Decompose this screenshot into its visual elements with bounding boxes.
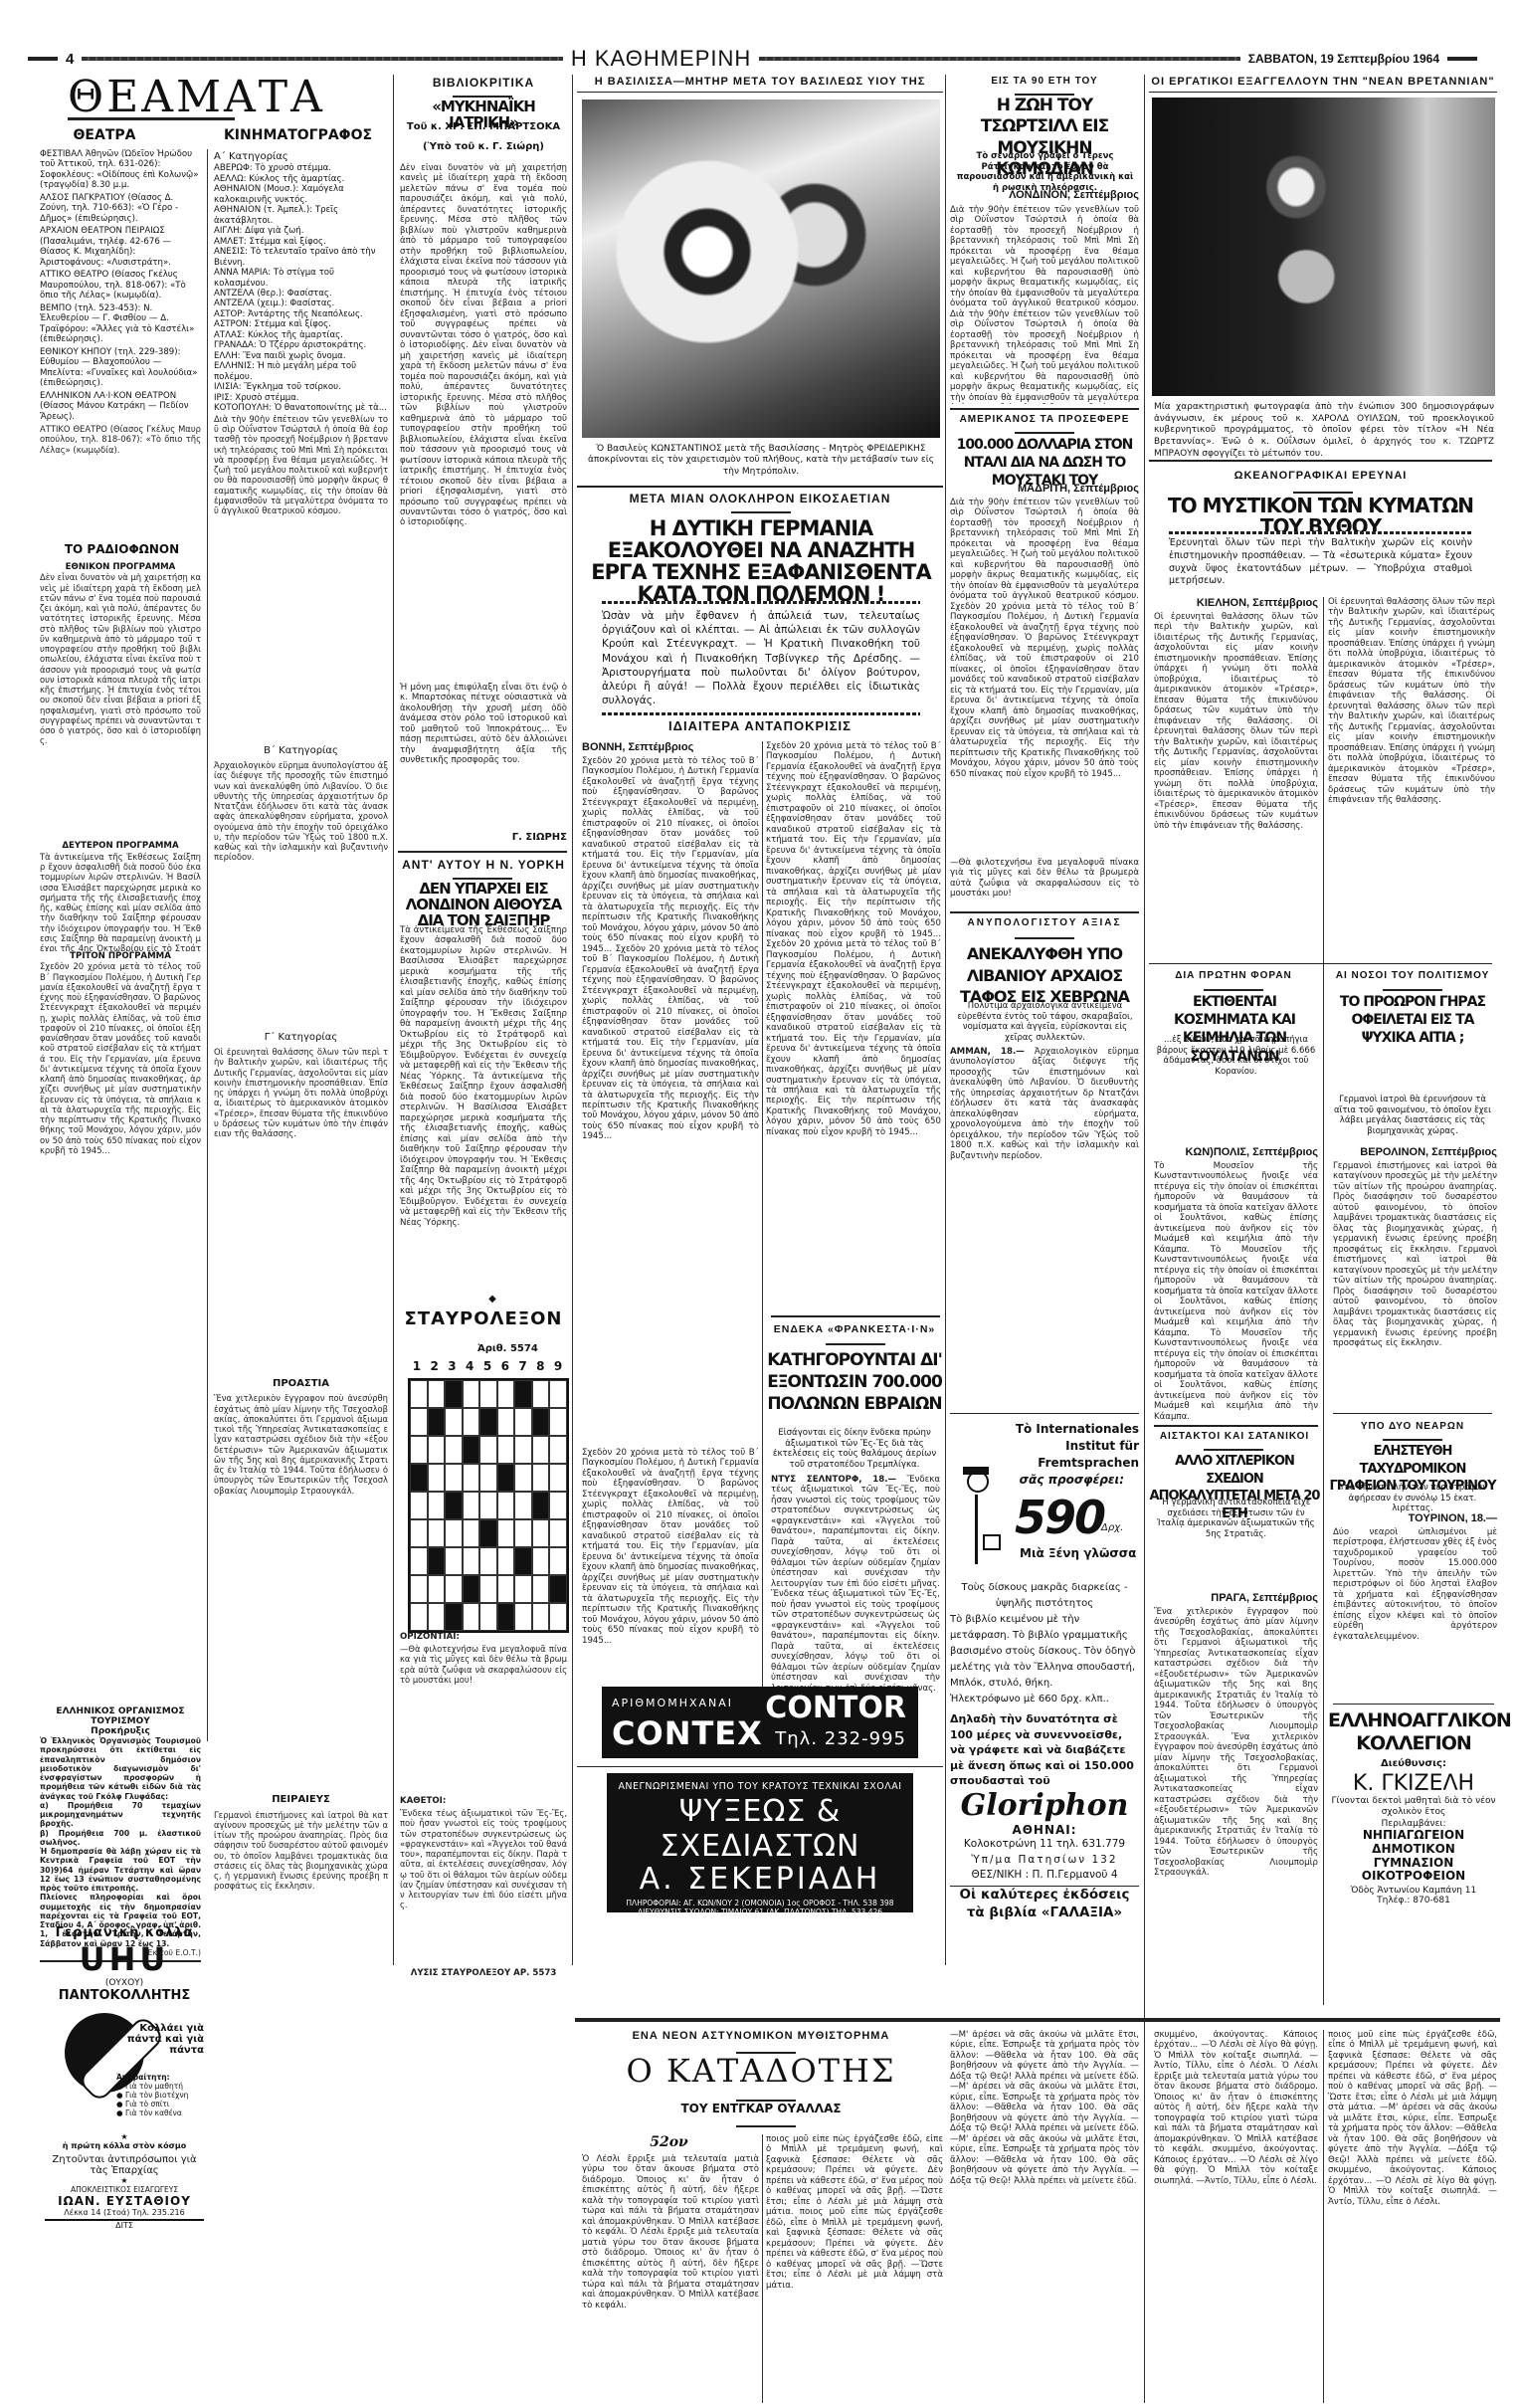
article-body-col2: Οἱ ἐρευνηταὶ θαλάσσης ὅλων τῶν περὶ τὴν … <box>1328 597 1495 935</box>
uhu-tagline: ΠΑΝΤΟΚΟΛΛΗΤΗΣ <box>45 1988 204 2003</box>
article-headline: ΑΝΕΚΑΛΥΦΘΗ ΥΠΟ ΛΙΒΑΝΙΟΥ ΑΡΧΑΙΟΣ ΤΑΦΟΣ ΕΙ… <box>947 943 1142 1008</box>
serial-text: ποιος μοῦ εἶπε πὼς ἐργάζεσθε ἐδῶ, εἶπε ὁ… <box>766 2207 943 2290</box>
serial-kicker: ΕΝΑ ΝΕΟΝ ΑΣΤΥΝΟΜΙΚΟΝ ΜΥΘΙΣΤΟΡΗΜΑ <box>577 2030 945 2042</box>
school-address: ΔΙΕΥΘΥΝΣΙΣ ΣΧΟΛΩΝ: ΤΙΜΑΙΟΥ 61 (ΑΚ. ΠΛΑΤΩ… <box>607 1907 913 1916</box>
divider <box>950 1413 1139 1414</box>
column-divider <box>1323 597 1324 975</box>
dateline: ΠΡΑΓΑ, Σεπτέμβριος <box>1154 1592 1318 1604</box>
column-divider <box>393 75 394 1965</box>
dateline: ΝΤΥΣ ΣΕΛΝΤΟΡΦ, 18.— <box>771 1475 896 1485</box>
article-body: Διὰ τὴν 90ὴν ἐπέτειον τῶν γενεθλίων τοῦ … <box>950 498 1139 856</box>
hebron-body-text: Ἀρχαιολογικὸν εὕρημα ἀνυπολογίστου ἀξίας… <box>950 1047 1139 1161</box>
article-body-col2: Σχεδὸν 20 χρόνια μετὰ τὸ τέλος τοῦ Β΄ Πα… <box>766 741 941 1279</box>
crossword-column-numbers: 123456789 <box>408 1359 567 1373</box>
radio-heading: ΤΟ ΡΑΔΙΟΦΩΝΟΝ <box>40 542 204 556</box>
level: ΔΗΜΟΤΙΚΟΝ <box>1328 1843 1499 1857</box>
churchill-body-text: Διὰ τὴν 90ὴν ἐπέτειον τῶν γενεθλίων τοῦ … <box>950 205 1139 308</box>
eot-item: β) Προμήθεια 700 μ. ἐλαστικοῦ σωλῆνος. <box>40 1829 201 1848</box>
divider <box>1204 1449 1263 1451</box>
article-kicker: ΑΙΣΤΑΚΤΟΙ ΚΑΙ ΣΑΤΑΝΙΚΟΙ <box>1149 1431 1320 1442</box>
theatre-entry: ΑΡΧΑΙΟΝ ΘΕΑΤΡΟΝ ΠΕΙΡΑΙΩΣ (Πασαλιμάνι, τη… <box>40 226 201 268</box>
frankenstein-body-text: Ἕνδεκα τέως ἀξιωματικοὶ τῶν Ἔς-Ἔς, ποὺ ἦ… <box>771 1475 940 1589</box>
article-deck: Ἡ γερμανικὴ ἀντικατασκοπεία εἶχε σχεδιάσ… <box>1154 1498 1318 1540</box>
divider <box>731 511 791 513</box>
sultans-body-text: Τὸ Μουσεῖον τῆς Κωνσταντινουπόλεως ἤνοιξ… <box>1154 1245 1318 1338</box>
art-body-text: Σχεδὸν 20 χρόνια μετὰ τὸ τέλος τοῦ Β΄ Πα… <box>582 944 759 1142</box>
churchill-body-text: Διὰ τὴν 90ὴν ἐπέτειον τῶν γενεθλίων τοῦ … <box>950 309 1139 404</box>
dateline: ΛΟΝΔΙΝΟΝ, Σεπτέμβριος <box>950 189 1139 201</box>
theatre-entry: ΑΤΤΙΚΟ ΘΕΑΤΡΟ (Θίασος Γκέλυς Μαυροπούλου… <box>40 270 201 301</box>
cinema-entry: ΕΛΛΗΝΙΣ: Ἡ πιὸ μεγάλη μέρα τοῦ πολέμου. <box>214 361 388 382</box>
article-deck: Ὑπὸ τὴν ἀπειλὴν τῶν περιστρόφων ἀφήρεσαν… <box>1333 1483 1492 1514</box>
art-body-text: Σχεδὸν 20 χρόνια μετὰ τὸ τέλος τοῦ Β΄ Πα… <box>766 741 941 939</box>
ocean-body-text: Οἱ ἐρευνηταὶ θαλάσσης ὅλων τῶν περὶ τὴν … <box>1328 691 1495 805</box>
technical-school-advertisement: ΑΝΕΓΝΩΡΙΣΜΕΝΑΙ ΥΠΟ ΤΟΥ ΚΡΑΤΟΥΣ ΤΕΧΝΙΚΑΙ … <box>607 1773 913 1912</box>
ornament-icon: ◆ <box>482 1294 502 1304</box>
uhu-required-label: Ἀπαραίτητη: <box>116 2073 204 2082</box>
aging-body-text: Γερμανοὶ ἐπιστήμονες καὶ ἰατροὶ θὰ καταγ… <box>1333 1161 1497 1255</box>
column-number: 3 <box>444 1359 462 1373</box>
column-divider <box>572 75 573 1965</box>
director-label: Διεύθυνσις: <box>1328 1758 1499 1769</box>
divider <box>1169 531 1472 534</box>
dateline: ΒΟΝΝΗ, Σεπτέμβριος <box>582 741 756 753</box>
divider <box>950 408 1139 410</box>
reviewer: (Ὑπὸ τοῦ κ. Γ. Σιώρη) <box>396 141 571 152</box>
issue-date: ΣΑΒΒΑΤΟΝ, 19 Σεπτεμβρίου 1964 <box>1248 52 1439 66</box>
uhu-importer-label: ΑΠΟΚΛΕΙΣΤΙΚΟΣ ΕΙΣΑΓΩΓΕΥΣ <box>45 2185 204 2194</box>
column-divider <box>1323 2030 1324 2403</box>
feature: Τὸ βιβλίο κειμένου μὲ τὴν μετάφραση. Τὸ … <box>950 1612 1139 1692</box>
article-kicker: ΔΙΑ ΠΡΩΤΗΝ ΦΟΡΑΝ <box>1149 970 1318 981</box>
ocean-body-text: Οἱ ἐρευνηταὶ θαλάσσης ὅλων τῶν περὶ τὴν … <box>1154 612 1318 726</box>
uhu-address: Λέκκα 14 (Στοά) Τηλ. 235.216 <box>45 2208 204 2217</box>
masthead-rule <box>759 57 1239 61</box>
divider <box>1154 1425 1318 1427</box>
uhu-uses: Ἀπαραίτητη: ● Γιὰ τὸν μαθητή ● Γιὰ τὸν β… <box>116 2073 204 2117</box>
crossword-down-clues: Ἕνδεκα τέως ἀξιωματικοὶ τῶν Ἔς-Ἔς, ποὺ ἦ… <box>400 1808 567 1962</box>
section-label: ΙΔΙΑΙΤΕΡΑ ΑΝΤΑΠΟΚΡΙΣΙΣ <box>577 718 943 733</box>
article-kicker: ΑΜΕΡΙΚΑΝΟΣ ΤΑ ΠΡΟΣΕΦΕΡΕ <box>947 414 1142 425</box>
serial-col4: σκυμμένο, ἀκούγοντας. Κάποιος ἐρχόταν...… <box>1154 2030 1318 2403</box>
admission-text: Γίνονται δεκτοὶ μαθηταὶ διὰ τὸ νέον σχολ… <box>1328 1796 1499 1819</box>
page-number: 4 <box>66 51 74 68</box>
college-phone: Τηλέφ.: 870-681 <box>1328 1896 1499 1906</box>
cinema-heading: ΚΙΝΗΜΑΤΟΓΡΑΦΟΣ <box>206 127 390 143</box>
uhu-bullet: ● Γιὰ τὸν βιοτέχνη <box>116 2091 204 2100</box>
art-body-text: Σχεδὸν 20 χρόνια μετὰ τὸ τέλος τοῦ Β΄ Πα… <box>766 939 941 1137</box>
school-name: Α. ΣΕΚΕΡΙΑΔΗ <box>607 1862 913 1897</box>
serial-col1: Ὁ Λέσλι ἔρριξε μιὰ τελευταία ματιὰ γύρω … <box>582 2154 759 2403</box>
dateline: ΤΟΥΡΙΝΟΝ, 18.— <box>1333 1512 1497 1524</box>
newspaper-title: Η ΚΑΘΗΜΕΡΙΝΗ <box>571 46 751 72</box>
gloriphon-logo: Gloriphon <box>950 1788 1139 1823</box>
article-body: Διὰ τὴν 90ὴν ἐπέτειον τῶν γενεθλίων τοῦ … <box>950 205 1139 404</box>
art-body-text: Σχεδὸν 20 χρόνια μετὰ τὸ τέλος τοῦ Β΄ Πα… <box>582 756 759 954</box>
cinema-entry: ΑΤΛΑΣ: Κύκλος τῆς ἁμαρτίας. <box>214 330 388 340</box>
divider <box>1149 963 1492 964</box>
photo-caption: Μία χαρακτηριστικὴ φωτογραφία ἀπὸ τὴν ἐν… <box>1154 402 1494 460</box>
dali-body-text: Σχεδὸν 20 χρόνια μετὰ τὸ τέλος τοῦ Β΄ Πα… <box>950 602 1139 779</box>
divider <box>1383 989 1442 991</box>
crossword-across-clues: —Θὰ φιλοτεχνήσω ἕνα μεγαλοφυᾶ πίνακα γιὰ… <box>400 1644 567 1793</box>
eot-heading: ΕΛΛΗΝΙΚΟΣ ΟΡΓΑΝΙΣΜΟΣ ΤΟΥΡΙΣΜΟΥ <box>40 1706 201 1726</box>
article-deck: Γερμανοὶ ἰατροὶ θὰ ἐρευνήσουν τὰ αἴτια τ… <box>1333 1095 1492 1137</box>
cinema-listings: Α΄ Κατηγορίας ΑΒΕΡΩΦ: Τὸ χρυσὸ στέμμα. Α… <box>214 151 388 2029</box>
article-headline: ΤΟ ΠΡΟΩΡΟΝ ΓΗΡΑΣ ΟΦΕΙΛΕΤΑΙ ΕΙΣ ΤΑ ΨΥΧΙΚΑ… <box>1328 993 1497 1048</box>
divider <box>1149 460 1492 462</box>
dateline: ΚΙΕΛΗΟΝ, Σεπτέμβριος <box>1154 597 1318 609</box>
contex-advertisement: ΑΡΙΘΜΟΜΗΧΑΝΑΙ CONTEX CONTOR Τηλ. 232-995 <box>602 1687 918 1758</box>
cinema-entry: ΑΣΤΟΡ: Ἀντάρτης τῆς Νεαπόλεως. <box>214 309 388 319</box>
language-institute-advertisement: Τὸ Internationales Institut für Fremtspr… <box>950 1421 1139 1921</box>
contex-phone: Τηλ. 232-995 <box>775 1728 906 1749</box>
divider <box>1204 989 1263 991</box>
address: ΘΕΣ/ΝΙΚΗ : Π. Π.Γερμανοῦ 4 <box>950 1868 1139 1883</box>
college-advertisement: ΕΛΛΗΝΟΑΓΓΛΙΚΟΝ ΚΟΛΛΕΓΙΟΝ Διεύθυνσις: Κ. … <box>1328 1709 1499 1906</box>
cinema-entry: ΙΛΙΣΙΑ: Ἔγκλημα τοῦ τσίρκου. <box>214 382 388 392</box>
hitler-body-text: Ἕνα χιτλερικὸν ἔγγραφον ποὺ ἀνεσύρθη ἐσχ… <box>1154 1607 1318 1742</box>
level: ΝΗΠΙΑΓΩΓΕΙΟΝ <box>1328 1829 1499 1843</box>
divider <box>826 1343 885 1345</box>
one-foreign-language: Μιὰ Ξένη γλῶσσα <box>1020 1546 1136 1560</box>
article-deck: Τὸ σενάριον γράφει ὁ Τέρενς Ράττιγκαν κα… <box>953 151 1137 194</box>
cinema-entry: ΚΟΤΟΠΟΥΛΗ: Ὁ θανατοποινίτης μὲ τὰ... <box>214 403 388 413</box>
divider <box>1015 937 1074 939</box>
article-kicker: ΜΕΤΑ ΜΙΑΝ ΟΛΟΚΛΗΡΟΝ ΕΙΚΟΣΑΕΤΙΑΝ <box>577 492 943 505</box>
column-divider <box>1323 970 1324 2005</box>
cinema-entry: ΑΝΤΖΕΛΑ (χειμ.): Φασίστας. <box>214 299 388 308</box>
serial-title: Ο ΚΑΤΑΔΟΤΗΣ <box>577 2052 945 2090</box>
crossword-grid[interactable] <box>408 1378 569 1633</box>
column-number: 2 <box>426 1359 444 1373</box>
article-kicker: ΩΚΕΑΝΟΓΡΑΦΙΚΑΙ ΕΡΕΥΝΑΙ <box>1149 470 1492 482</box>
eot-subheading: Προκήρυξις <box>40 1726 201 1736</box>
article-kicker: ΑΙ ΝΟΣΟΙ ΤΟΥ ΠΟΛΙΤΙΣΜΟΥ <box>1328 970 1497 981</box>
uhu-brand: UHU <box>45 1940 204 1978</box>
uhu-importer: ΙΩΑΝ. ΕΥΣΤΑΘΙΟΥ <box>45 2194 204 2208</box>
column-divider <box>207 149 208 1741</box>
price: 590 <box>1015 1491 1104 1544</box>
college-title: ΕΛΛΗΝΟΑΓΓΛΙΚΟΝ ΚΟΛΛΕΓΙΟΝ <box>1328 1709 1499 1755</box>
serial-col2: ποιος μοῦ εἶπε πὼς ἐργάζεσθε ἐδῶ, εἶπε ὁ… <box>766 2134 943 2403</box>
labour-press-conference-photo <box>1152 98 1495 396</box>
theatres-heading: ΘΕΑΤΡΑ <box>45 127 164 143</box>
uhu-reps: Ζητοῦνται ἀντιπρόσωποι γιὰ τὰς Ἐπαρχίας <box>45 2154 204 2176</box>
uhu-bullet: ● Γιὰ τὸν καθένα <box>116 2108 204 2117</box>
frankenstein-body-text: Ἕνδεκα τέως ἀξιωματικοὶ τῶν Ἔς-Ἔς, ποὺ ἦ… <box>771 1589 940 1693</box>
theatre-entry: ΕΛΛΗΝΙΚΟΝ ΛΑ·Ι·ΚΟΝ ΘΕΑΤΡΟΝ (Θίασος Μάνου… <box>40 391 201 422</box>
article-body-col1: Οἱ ἐρευνηταὶ θαλάσσης ὅλων τῶν περὶ τὴν … <box>1154 612 1318 940</box>
column-divider <box>1144 75 1145 2403</box>
cinema-entry: ΑΝΝΑ ΜΑΡΙΑ: Τὸ στίγμα τοῦ κολασμένου. <box>214 268 388 289</box>
dateline: ΜΑΔΡΙΤΗ, Σεπτέμβριος <box>950 483 1139 495</box>
serial-text: ποιος μοῦ εἶπε πὼς ἐργάζεσθε ἐδῶ, εἶπε ὁ… <box>766 2134 943 2217</box>
article-deck: Εἰσάγονται εἰς δίκην ἕνδεκα πρώην ἀξιωμα… <box>771 1428 938 1471</box>
column-number: 1 <box>408 1359 426 1373</box>
address: Ὑπ/μα Πατησίων 132 <box>950 1853 1139 1868</box>
article-kicker: ΕΙΣ ΤΑ 90 ΕΤΗ ΤΟΥ <box>947 76 1142 87</box>
uhu-pronunciation: (ΟΥΧΟΥ) <box>45 1978 204 1988</box>
serial-text: Ὁ Λέσλι ἔρριξε μιὰ τελευταία ματιὰ γύρω … <box>582 2154 759 2237</box>
galaxia-advertisement: Οἱ καλύτερες ἐκδόσεις τὰ βιβλία «ΓΑΛΑΞΙΑ… <box>950 1886 1139 1921</box>
contex-label: ΑΡΙΘΜΟΜΗΧΑΝΑΙ <box>612 1697 733 1709</box>
uhu-bullet: ● Γιὰ τὸν μαθητή <box>116 2082 204 2091</box>
photo-kicker: Η ΒΑΣΙΛΙΣΣΑ—ΜΗΤΗΡ ΜΕΤΑ ΤΟΥ ΒΑΣΙΛΕΩΣ ΥΙΟΥ… <box>577 76 943 93</box>
serial-col3: —Μ' ἀρέσει νὰ σᾶς ἀκούω νὰ μιλᾶτε ἔτσι, … <box>950 2030 1139 2403</box>
masthead: 4 Η ΚΑΘΗΜΕΡΙΝΗ ΣΑΒΒΑΤΟΝ, 19 Σεπτεμβρίου … <box>28 52 1477 66</box>
level: ΟΙΚΟΤΡΟΦΕΙΟΝ <box>1328 1870 1499 1884</box>
article-body: Δύο νεαροὶ ὡπλισμένοι μὲ περίστροφα, ἐλή… <box>1333 1527 1497 1706</box>
divider <box>398 851 567 853</box>
cinema-piraeus: ΠΕΙΡΑΙΕΥΣ <box>214 1794 388 1806</box>
article-headline: ΔΕΝ ΥΠΑΡΧΕΙ ΕΙΣ ΛΟΝΔΙΝΟΝ ΑΙΘΟΥΣΑ ΔΙΑ ΤΟΝ… <box>396 882 571 928</box>
feature: Ἡλεκτρόφωνο μὲ 660 δρχ. κλπ.. <box>950 1692 1139 1707</box>
level: ΓΥΜΝΑΣΙΟΝ <box>1328 1857 1499 1871</box>
serial-author: ΤΟΥ ΕΝΤΓΚΑΡ ΟΥΑΛΛΑΣ <box>577 2102 945 2115</box>
theatre-entry: ΑΛΣΟΣ ΠΑΓΚΡΑΤΙΟΥ (Θίασος Δ. Ζούνη, τηλ. … <box>40 193 201 224</box>
contor-brand: CONTOR <box>765 1691 906 1725</box>
article-kicker: ΥΠΟ ΔΥΟ ΝΕΑΡΩΝ <box>1328 1421 1497 1432</box>
sultans-body-text: Τὸ Μουσεῖον τῆς Κωνσταντινουπόλεως ἤνοιξ… <box>1154 1161 1318 1255</box>
article-body: Τὰ ἀντικείμενα τῆς Ἐκθέσεως Σαίξπηρ ἔχου… <box>400 925 567 1294</box>
dateline: ΚΩΝ)ΠΟΛΙΣ, Σεπτέμβριος <box>1154 1146 1318 1158</box>
article-headline: ΚΑΤΗΓΟΡΟΥΝΤΑΙ ΔΙ' ΕΞΟΝΤΩΣΙΝ 700.000 ΠΟΛΩ… <box>766 1349 943 1415</box>
uhu-line1: Γερμανικὴ κόλλα <box>45 1925 204 1940</box>
royal-photo <box>582 100 940 438</box>
crossword-number: Ἀριθ. 5574 <box>477 1343 567 1354</box>
cinema-category-c: Γ΄ Κατηγορίας <box>214 1032 388 1044</box>
photo-caption: Ὁ Βασιλεὺς ΚΩΝΣΤΑΝΤΙΝΟΣ μετὰ τῆς Βασιλίσ… <box>587 444 935 478</box>
ocean-body-text: Οἱ ἐρευνηταὶ θαλάσσης ὅλων τῶν περὶ τὴν … <box>1154 716 1318 831</box>
theatre-listings-continued: ΑΤΤΙΚΟ ΘΕΑΤΡΟ (Θίασος Γκέλυς Μαυροπούλου… <box>40 424 201 537</box>
radio-schedule-2: Τὰ ἀντικείμενα τῆς Ἐκθέσεως Σαίξπηρ ἔχου… <box>40 852 201 951</box>
cinema-entry: ΑΜΛΕΤ: Στέμμα καὶ ξίφος. <box>214 237 388 247</box>
divider <box>950 911 1139 913</box>
ocean-body-text: Οἱ ἐρευνηταὶ θαλάσσης ὅλων τῶν περὶ τὴν … <box>1328 597 1495 701</box>
divider <box>577 1766 943 1767</box>
currency: Δρχ. <box>1101 1522 1123 1533</box>
divider <box>602 601 920 604</box>
column-number: 7 <box>514 1359 532 1373</box>
shakespeare-body-text: Τὰ ἀντικείμενα τῆς Ἐκθέσεως Σαίξπηρ ἔχου… <box>400 925 567 1082</box>
star-icon: ★ <box>45 2132 204 2141</box>
theatre-entry: ΦΕΣΤΙΒΑΛ Ἀθηνῶν (Ὠδεῖον Ἡρώδου τοῦ Ἀττικ… <box>40 149 201 191</box>
cinema-entry: ΑΝΕΣΙΣ: Τὸ τελευταῖο τραῖνο ἀπὸ τὴν Βιέν… <box>214 247 388 268</box>
cinema-suburbs: ΠΡΟΑΣΤΙΑ <box>214 1378 388 1390</box>
institute-name: Τὸ Internationales Institut für Fremtspr… <box>950 1421 1139 1471</box>
article-headline: Η ΔΥΤΙΚΗ ΓΕΡΜΑΝΙΑ ΕΞΑΚΟΛΟΥΘΕΙ ΝΑ ΑΝΑΖΗΤΗ… <box>579 517 943 605</box>
column-number: 9 <box>549 1359 567 1373</box>
serial-text: Ὁ Λέσλι ἔρριξε μιὰ τελευταία ματιὰ γύρω … <box>1154 2061 1318 2154</box>
column-divider <box>762 2134 763 2403</box>
divider <box>736 2125 796 2127</box>
crossword-across-label: ΟΡΙΖΟΝΤΙΑΙ: <box>400 1632 567 1642</box>
eot-item: α) Προμήθεια 70 τεμαχίων μικρομηχανημάτω… <box>40 1801 201 1829</box>
cinema-entry: ΑΘΗΝΑΙΟΝ (τ. Ἀμπελ.): Τρεῖς ἀκατάβλητοι. <box>214 205 388 226</box>
cinema-entry: ΑΣΤΡΟΝ: Στέμμα καὶ ξίφος. <box>214 319 388 329</box>
shakespeare-body-text: Τὰ ἀντικείμενα τῆς Ἐκθέσεως Σαίξπηρ ἔχου… <box>400 1072 567 1228</box>
article-kicker: ΒΙΒΛΙΟΚΡΙΤΙΚΑ <box>396 76 571 90</box>
offer-label: σᾶς προσφέρει: <box>1020 1473 1124 1487</box>
star-icon: ★ <box>45 2176 204 2185</box>
article-deck: Ἐρευνηταὶ ὅλων τῶν περὶ τὴν Βαλτικὴν χωρ… <box>1169 537 1472 588</box>
radio-listings: ΕΘΝΙΚΟΝ ΠΡΟΓΡΑΜΜΑ Δὲν εἶναι δυνατὸν νὰ μ… <box>40 562 201 1598</box>
address: Κολοκοτρώνη 11 τηλ. 631.779 <box>950 1837 1139 1852</box>
article-body: Γερμανοὶ ἐπιστήμονες καὶ ἰατροὶ θὰ καταγ… <box>1333 1161 1497 1410</box>
cinema-entry: ΓΡΑΝΑΔΑ: Ὁ Τζέρρυ ἀριστοκράτης. <box>214 340 388 350</box>
cinema-entry: ΑΘΗΝΑΙΟΝ (Μουσ.): Χαμόγελα καλοκαιρινῆς … <box>214 184 388 205</box>
masthead-rule-right <box>1447 57 1477 61</box>
sultans-body-text: Τὸ Μουσεῖον τῆς Κωνσταντινουπόλεως ἤνοιξ… <box>1154 1328 1318 1422</box>
cinema-piraeus-listings: Γερμανοὶ ἐπιστήμονες καὶ ἰατροὶ θὰ καταγ… <box>214 1810 388 2029</box>
glue-tube-illustration: Κολλάει γιὰ πάντα καὶ γιὰ πάντα Ἀπαραίτη… <box>45 2003 204 2132</box>
masthead-rule-left <box>28 57 58 61</box>
aging-body-text: Γερμανοὶ ἐπιστήμονες καὶ ἰατροὶ θὰ καταγ… <box>1333 1245 1497 1348</box>
crossword-title: ΣΤΑΥΡΟΛΕΞΟΝ <box>396 1308 571 1329</box>
serial-text: —Μ' ἀρέσει νὰ σᾶς ἀκούω νὰ μιλᾶτε ἔτσι, … <box>950 2082 1139 2133</box>
cinema-category-b: Β΄ Κατηγορίας <box>214 745 388 757</box>
feature: Τοὺς δίσκους μακρᾶς διαρκείας - ὑψηλῆς π… <box>950 1580 1139 1612</box>
dali-body-text: Διὰ τὴν 90ὴν ἐπέτειον τῶν γενεθλίων τοῦ … <box>950 498 1139 601</box>
theatre-listings: ΦΕΣΤΙΒΑΛ Ἀθηνῶν (Ὠδεῖον Ἡρώδου τοῦ Ἀττικ… <box>40 149 201 537</box>
eot-notice: ΕΛΛΗΝΙΚΟΣ ΟΡΓΑΝΙΣΜΟΣ ΤΟΥΡΙΣΜΟΥ Προκήρυξι… <box>40 1706 201 1962</box>
dateline: ΑΜΜΑΝ, 18.— <box>950 1047 1025 1057</box>
serial-episode: 52ον <box>582 2134 756 2150</box>
school-accreditation: ΑΝΕΓΝΩΡΙΣΜΕΝΑΙ ΥΠΟ ΤΟΥ ΚΡΑΤΟΥΣ ΤΕΧΝΙΚΑΙ … <box>607 1781 913 1792</box>
eot-body-2: Ἡ δημοπρασία θὰ λάβῃ χώραν εἰς τὰ Κεντρι… <box>40 1847 201 1893</box>
divider <box>1383 1439 1442 1441</box>
radio-program-1: ΕΘΝΙΚΟΝ ΠΡΟΓΡΑΜΜΑ <box>40 562 201 572</box>
cinema-c-listings: Οἱ ἐρευνηταὶ θαλάσσης ὅλων τῶν περὶ τὴν … <box>214 1047 388 1375</box>
theatre-entry: ΕΘΝΙΚΟΥ ΚΗΠΟΥ (τηλ. 229-389): Εὐθυμίου —… <box>40 347 201 389</box>
cinema-entry: ΙΡΙΣ: Χρυσὸ στέμμα. <box>214 393 388 403</box>
director-name: Κ. ΓΚΙΖΕΛΗ <box>1328 1771 1499 1796</box>
photo-kicker: ΟΙ ΕΡΓΑΤΙΚΟΙ ΕΞΑΓΓΕΛΛΟΥΝ ΤΗΝ "ΝΕΑΝ ΒΡΕΤΑ… <box>1149 76 1497 93</box>
school-info: ΠΛΗΡΟΦΟΡΙΑΙ: ΑΓ. ΚΩΝ/ΝΟΥ 2 (ΟΜΟΝΟΙΑ) 1ος… <box>607 1899 913 1907</box>
radio-schedule-3: Σχεδὸν 20 χρόνια μετὰ τὸ τέλος τοῦ Β΄ Πα… <box>40 961 201 1598</box>
city: ΑΘΗΝΑΙ: <box>950 1823 1139 1837</box>
art-body-text: Σχεδὸν 20 χρόνια μετὰ τὸ τέλος τοῦ Β΄ Πα… <box>582 1448 759 1646</box>
serial-text: Ὁ Λέσλι ἔρριξε μιὰ τελευταία ματιὰ γύρω … <box>582 2227 759 2309</box>
article-body: Ἕνα χιτλερικὸν ἔγγραφον ποὺ ἀνεσύρθη ἐσχ… <box>1154 1607 1318 2005</box>
radio-program-3: ΤΡΙΤΟΝ ΠΡΟΓΡΑΜΜΑ <box>40 951 201 961</box>
review-closing: Ἡ μόνη μας ἐπιφύλαξη εἶναι ὅτι ἐνῷ ὁ κ. … <box>400 683 567 766</box>
cinema-entry: ΑΒΕΡΩΦ: Τὸ χρυσὸ στέμμα. <box>214 163 388 173</box>
divider <box>577 486 943 488</box>
article-kicker: ΕΝΔΕΚΑ «ΦΡΑΝΚΕΣΤΑ·Ι·Ν» <box>766 1323 943 1335</box>
uhu-signature: ΔΙΤΣ <box>45 2219 204 2230</box>
cinema-category-a: Α΄ Κατηγορίας <box>214 151 388 163</box>
radio-schedule-1: Δὲν εἶναι δυνατὸν νὰ μὴ χαιρετήσῃ κανεὶς… <box>40 572 201 841</box>
divider <box>602 712 920 715</box>
cinema-entry: ΕΛΛΗ: Ἕνα παιδὶ χωρὶς ὄνομα. <box>214 351 388 361</box>
man-with-briefcase-illustration <box>955 1471 1000 1575</box>
cinema-listings-continued: Διὰ τὴν 90ὴν ἐπέτειον τῶν γενεθλίων τοῦ … <box>214 414 388 742</box>
crossword-down-label: ΚΑΘΕΤΟΙ: <box>400 1796 567 1806</box>
column-divider <box>945 75 946 1965</box>
review-body-text: Δὲν εἶναι δυνατὸν νὰ μὴ χαιρετήσῃ κανεὶς… <box>400 340 567 527</box>
contex-brand: CONTEX <box>612 1714 763 1752</box>
title-underline <box>68 117 235 120</box>
school-title: ΨΥΞΕΩΣ & ΣΧΕΔΙΑΣΤΩΝ <box>607 1794 913 1864</box>
cinema-entry: ΑΝΤΖΕΛΑ (θερ.): Φασίστας. <box>214 289 388 299</box>
promise: Δηλαδὴ τὴν δυνατότητα σὲ 100 μέρες νὰ συ… <box>950 1711 1139 1788</box>
crossword-solution-label: ΛΥΣΙΣ ΣΤΑΥΡΟΛΕΞΟΥ ΑΡ. 5573 <box>400 1968 567 1978</box>
cinema-suburbs-listings: Ἕνα χιτλερικὸν ἔγγραφον ποὺ ἀνεσύρθη ἐσχ… <box>214 1393 388 1791</box>
article-kicker: ΑΝΤ' ΑΥΤΟΥ Η Ν. ΥΟΡΚΗ <box>396 858 571 872</box>
cinema-b-listings: Ἀρχαιολογικὸν εὕρημα ἀνυπολογίστου ἀξίας… <box>214 760 388 1029</box>
article-deck: Πολύτιμα ἀρχαιολογικὰ ἀντικείμενα εὑρεθέ… <box>953 1001 1137 1044</box>
column-number: 5 <box>478 1359 496 1373</box>
article-body: Δὲν εἶναι δυνατὸν νὰ μὴ χαιρετήσῃ κανεὶς… <box>400 163 567 681</box>
dali-quote: —Θὰ φιλοτεχνήσω ἕνα μεγαλοφυᾶ πίνακα γιὰ… <box>950 858 1139 900</box>
review-signature: Γ. ΣΙΩΡΗΣ <box>400 832 567 843</box>
book-author: Τοῦ κ. ΧΡ. ΣΠ. ΜΠΑΡΤΣΟΚΑ <box>396 121 571 132</box>
column-number: 6 <box>496 1359 514 1373</box>
serial-text: —Μ' ἀρέσει νὰ σᾶς ἀκούω νὰ μιλᾶτε ἔτσι, … <box>950 2134 1139 2186</box>
uhu-bullet: ● Γιὰ τὸ σπίτι <box>116 2100 204 2108</box>
cinema-entry: ΑΙΓΛΗ: Δίψα γιὰ ζωή. <box>214 226 388 236</box>
divider <box>575 2018 1500 2022</box>
uhu-first: ἡ πρώτη κόλλα στὸν κόσμο <box>45 2141 204 2150</box>
divider <box>771 1315 940 1317</box>
language-ad-offer: σᾶς προσφέρει: 590 Δρχ. Μιὰ Ξένη γλῶσσα <box>950 1471 1139 1580</box>
college-address: Ὁδὸς Ἀντωνίου Καμπάνη 11 <box>1328 1886 1499 1896</box>
divider <box>1333 1704 1494 1705</box>
article-deck: Ὡσὰν νὰ μὴν ἔφθανεν ἡ ἀπώλειά των, τελευ… <box>602 609 920 707</box>
uhu-advertisement: Γερμανικὴ κόλλα UHU (ΟΥΧΟΥ) ΠΑΝΤΟΚΟΛΛΗΤΗ… <box>45 1925 204 2230</box>
article-deck: ...ἐξ αὐτῶν, δύο χρυσᾶ κηροπήγια βάρους … <box>1154 1035 1318 1078</box>
uhu-slogan: Κολλάει γιὰ πάντα καὶ γιὰ πάντα <box>124 2023 204 2056</box>
serial-text: —Μ' ἀρέσει νὰ σᾶς ἀκούω νὰ μιλᾶτε ἔτσι, … <box>950 2030 1139 2082</box>
eot-body: Ὁ Ἑλληνικὸς Ὀργανισμὸς Τουρισμοῦ προκηρύ… <box>40 1736 201 1801</box>
section-title: ΘΕΑΜΑΤΑ <box>68 72 237 122</box>
divider <box>1333 1413 1492 1414</box>
masthead-rule <box>82 57 562 61</box>
cinema-entry: ΑΕΛΛΩ: Κύκλος τῆς ἁμαρτίας. <box>214 174 388 184</box>
serial-text: ποιος μοῦ εἶπε πὼς ἐργάζεσθε ἐδῶ, εἶπε ὁ… <box>1328 2030 1497 2112</box>
serial-text: σκυμμένο, ἀκούγοντας. Κάποιος ἐρχόταν...… <box>1328 2165 1497 2206</box>
serial-col5: ποιος μοῦ εἶπε πὼς ἐργάζεσθε ἐδῶ, εἶπε ὁ… <box>1328 2030 1497 2403</box>
article-body-col1: Σχεδὸν 20 χρόνια μετὰ τὸ τέλος τοῦ Β΄ Πα… <box>582 756 759 1443</box>
column-number: 4 <box>461 1359 478 1373</box>
dateline: ΒΕΡΟΛΙΝΟΝ, Σεπτέμβριος <box>1333 1146 1497 1158</box>
article-kicker: ΑΝΥΠΟΛΟΓΙΣΤΟΥ ΑΞΙΑΣ <box>947 917 1142 928</box>
radio-program-2: ΔΕΥΤΕΡΟΝ ΠΡΟΓΡΑΜΜΑ <box>40 841 201 851</box>
column-number: 8 <box>531 1359 549 1373</box>
turin-body-text: Δύο νεαροὶ ὡπλισμένοι μὲ περίστροφα, ἐλή… <box>1333 1527 1497 1642</box>
hitler-body-text: Ἕνα χιτλερικὸν ἔγγραφον ποὺ ἀνεσύρθη ἐσχ… <box>1154 1732 1318 1878</box>
review-body-text: Δὲν εἶναι δυνατὸν νὰ μὴ χαιρετήσῃ κανεὶς… <box>400 163 567 350</box>
divider <box>1015 432 1074 434</box>
article-body: ΑΜΜΑΝ, 18.— Ἀρχαιολογικὸν εὕρημα ἀνυπολο… <box>950 1047 1139 1301</box>
theatre-entry: ΒΕΜΠΟ (τηλ. 523-453): Ν. Ἐλευθερίου — Γ.… <box>40 303 201 345</box>
column-divider <box>762 741 763 1756</box>
